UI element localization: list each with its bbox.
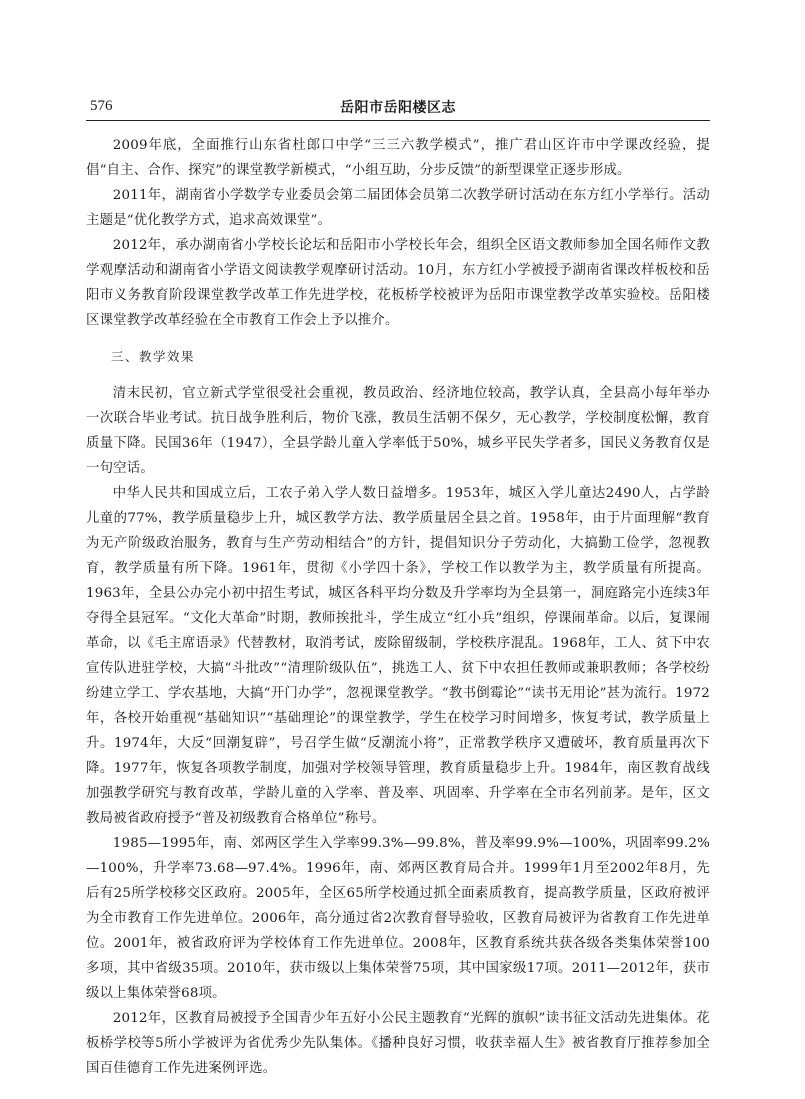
paragraph: 1985—1995年，南、郊两区学生入学率99.3%—99.8%，普及率99.9… (86, 831, 710, 1006)
paragraph: 2011年，湖南省小学数学专业委员会第二届团体会员第二次教学研讨活动在东方红小学… (86, 183, 710, 233)
book-title: 岳阳市岳阳楼区志 (86, 97, 710, 117)
section-heading: 三、教学效果 (111, 347, 710, 367)
running-header: 576 岳阳市岳阳楼区志 (86, 96, 710, 121)
paragraph: 2009年底，全面推行山东省杜郎口中学“三三六教学模式”，推广君山区许市中学课改… (86, 133, 710, 183)
paragraph: 2012年，承办湖南省小学校长论坛和岳阳市小学校长年会，组织全区语文教师参加全国… (86, 233, 710, 333)
paragraph: 2012年，区教育局被授予全国青少年五好小公民主题教育“光辉的旗帜”读书征文活动… (86, 1006, 710, 1081)
paragraph: 清末民初，官立新式学堂很受社会重视，教员政治、经济地位较高，教学认真，全县高小每… (86, 381, 710, 481)
document-body: 2009年底，全面推行山东省杜郎口中学“三三六教学模式”，推广君山区许市中学课改… (86, 133, 710, 1081)
document-page: 576 岳阳市岳阳楼区志 2009年底，全面推行山东省杜郎口中学“三三六教学模式… (86, 96, 710, 1081)
paragraph: 中华人民共和国成立后，工农子弟入学人数日益增多。1953年，城区入学儿童达249… (86, 481, 710, 831)
